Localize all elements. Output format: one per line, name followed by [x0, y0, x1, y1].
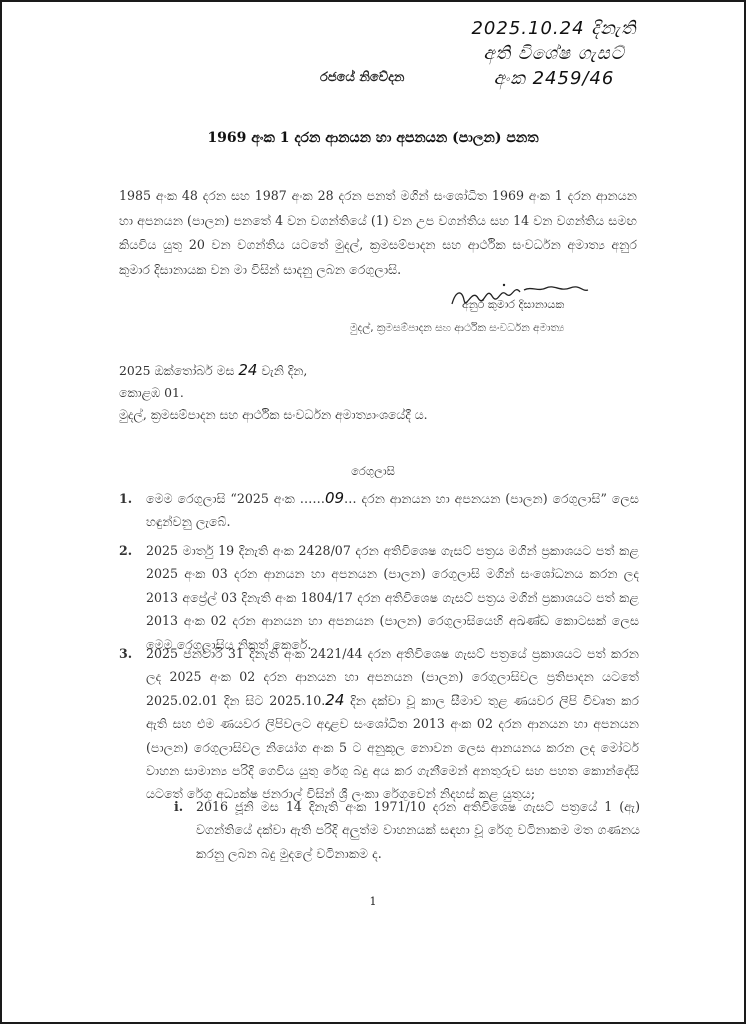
handwritten-day: 24 [325, 691, 344, 709]
subitem-text: 2016 ජූනි මස 14 දිනැති අංක 1971/10 දරන අ… [196, 795, 640, 865]
item-number: 2. [119, 539, 132, 562]
preamble-paragraph: 1985 අංක 48 දරන සහ 1987 අංක 28 දරන පනත් … [119, 184, 637, 282]
item-number: 1. [119, 487, 132, 510]
regulation-item: 3. 2025 ජනවාරි 31 දිනැති අංක 2421/44 දරන… [119, 642, 639, 806]
date-line: 2025 ඔක්තෝබර් මස 24 වැනි දින, [119, 359, 428, 382]
regulations-heading: රෙගුලාසි [2, 464, 744, 479]
signatory-name: අනුර කුමාර දිසානායක [462, 298, 564, 312]
item-number: 3. [119, 642, 132, 665]
act-title: 1969 අංක 1 දරන ආනයන හා අපනයන (පාලන) පනත [2, 130, 744, 146]
signatory-title: මුදල්, ක්‍රමසම්පාදන සහ ආර්ථික සංවර්ධන අම… [350, 322, 650, 335]
ministry-line: මුදල්, ක්‍රමසම්පාදන සහ ආර්ථික සංවර්ධන අම… [119, 404, 428, 426]
dated-block: 2025 ඔක්තෝබර් මස 24 වැනි දින, කොළඹ 01. ම… [119, 359, 428, 426]
handwritten-day: 24 [238, 361, 257, 379]
regulation-item: 1. මෙම රෙගුලාසි “2025 අංක ……09… දරන ආනයන… [119, 487, 639, 534]
subitem-number: i. [174, 795, 183, 818]
item-text: 2025 මාර්තු 19 දිනැති අංක 2428/07 දරන අත… [146, 539, 639, 656]
handwritten-date: 2025.10.24 දිනැති [434, 16, 674, 41]
document-page: 2025.10.24 දිනැති අති විශේෂ ගැසට් අංක 24… [0, 0, 746, 1024]
handwritten-gazette-note: 2025.10.24 දිනැති අති විශේෂ ගැසට් අංක 24… [434, 16, 674, 91]
item-text: මෙම රෙගුලාසි “2025 අංක ……09… දරන ආනයන හා… [146, 487, 639, 534]
page-header-title: රජයේ නිවේදන [320, 70, 404, 85]
handwritten-regulation-number: 09 [325, 489, 344, 507]
item-text: 2025 ජනවාරි 31 දිනැති අංක 2421/44 දරන අත… [146, 642, 639, 806]
page-number: 1 [2, 895, 744, 908]
regulation-subitem: i. 2016 ජූනි මස 14 දිනැති අංක 1971/10 දර… [174, 795, 640, 865]
regulation-item: 2. 2025 මාර්තු 19 දිනැති අංක 2428/07 දරන… [119, 539, 639, 656]
place-line: කොළඹ 01. [119, 382, 428, 404]
handwritten-gazette-number: අංක 2459/46 [434, 66, 674, 91]
handwritten-gazette-type: අති විශේෂ ගැසට් [434, 41, 674, 66]
